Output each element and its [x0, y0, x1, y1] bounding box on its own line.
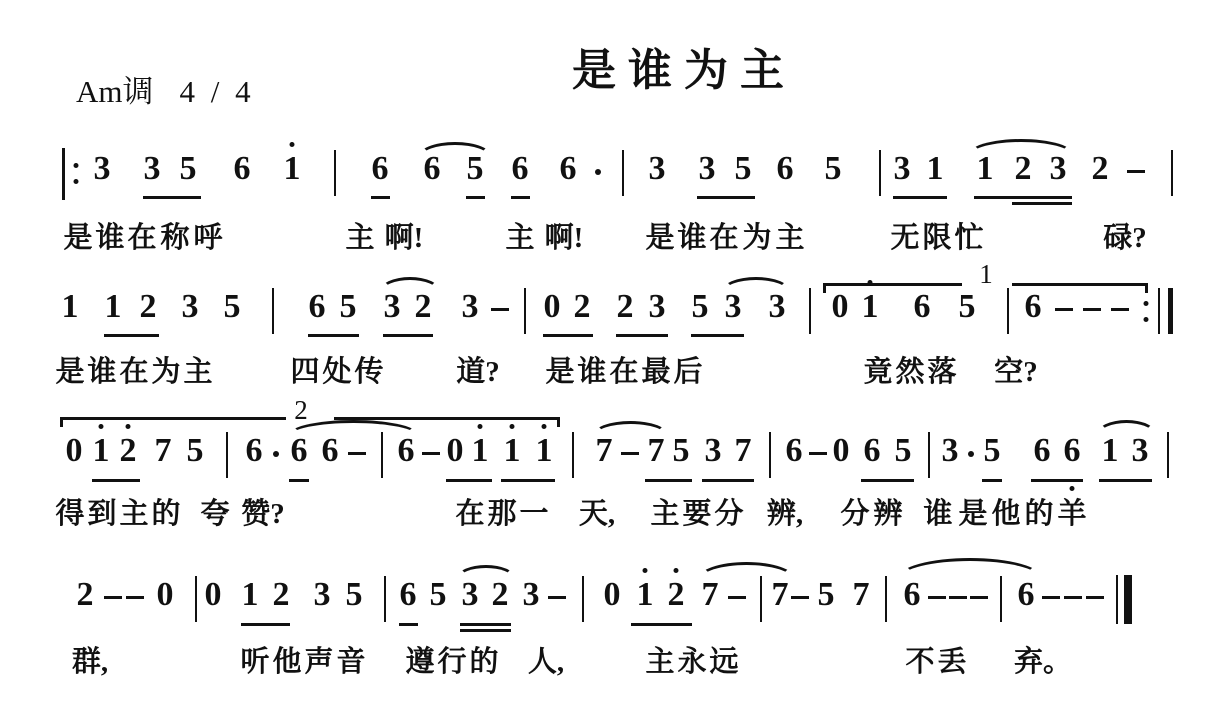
- note: 5: [895, 434, 912, 468]
- note: 5: [735, 152, 752, 186]
- slur-arc: [1097, 420, 1156, 434]
- lyric-syllable: 是: [55, 358, 84, 387]
- augmentation-dot: [968, 451, 974, 457]
- key-signature: Am调: [76, 74, 154, 109]
- note: 0: [205, 578, 222, 612]
- lyric-syllable: 后: [673, 358, 702, 387]
- lyric-syllable: 听: [240, 648, 269, 677]
- note: 6: [424, 152, 441, 186]
- repeat-dot: [1144, 301, 1149, 306]
- beam-underline: [460, 629, 511, 632]
- lyric-syllable: 啊!: [385, 224, 424, 253]
- volta-bracket-line: [1012, 283, 1148, 286]
- lyric-syllable: 谁: [923, 500, 952, 529]
- note: 3: [523, 578, 540, 612]
- note: 1: [105, 290, 122, 324]
- note: 0: [604, 578, 621, 612]
- beam-underline: [893, 196, 947, 199]
- beam-underline: [543, 334, 593, 337]
- note: 2: [1092, 152, 1109, 186]
- repeat-end-barline-thick: [1168, 288, 1173, 334]
- note: 3: [942, 434, 959, 468]
- octave-dot-above: [126, 424, 131, 429]
- note: 6: [512, 152, 529, 186]
- note: 2: [415, 290, 432, 324]
- octave-dot-above: [510, 424, 515, 429]
- lyric-syllable: 辨: [873, 500, 902, 529]
- lyric-syllable: 在: [709, 224, 738, 253]
- note: 3: [462, 578, 479, 612]
- note: 5: [224, 290, 241, 324]
- barline: [1000, 576, 1002, 622]
- note: 5: [467, 152, 484, 186]
- lyric-syllable: 呼: [193, 224, 222, 253]
- note: 3: [144, 152, 161, 186]
- note: 5: [825, 152, 842, 186]
- note: 5: [692, 290, 709, 324]
- note: 1: [927, 152, 944, 186]
- note: 7: [735, 434, 752, 468]
- barline: [582, 576, 584, 622]
- note: 1: [242, 578, 259, 612]
- barline: [334, 150, 336, 196]
- final-barline-thin: [1116, 575, 1118, 624]
- repeat-dot: [74, 163, 79, 168]
- duration-dash: [1127, 170, 1145, 173]
- note: 3: [725, 290, 742, 324]
- lyric-syllable: 为: [742, 224, 771, 253]
- slur-arc: [457, 565, 515, 578]
- octave-dot-above: [478, 424, 483, 429]
- slur-arc: [593, 421, 668, 435]
- note: 6: [234, 152, 251, 186]
- barline: [381, 432, 383, 478]
- lyric-syllable: 行: [437, 648, 466, 677]
- lyric-syllable: 的: [151, 500, 180, 529]
- lyric-syllable: 人,: [528, 648, 564, 677]
- lyric-syllable: 弃。: [1014, 648, 1072, 677]
- barline: [524, 288, 526, 334]
- note: 5: [984, 434, 1001, 468]
- note: 2: [617, 290, 634, 324]
- note: 3: [649, 152, 666, 186]
- song-title: 是谁为主: [572, 34, 796, 98]
- note: 0: [66, 434, 83, 468]
- duration-dash: [1064, 596, 1082, 599]
- note: 0: [447, 434, 464, 468]
- note: 2: [120, 434, 137, 468]
- augmentation-dot: [273, 451, 279, 457]
- lyric-syllable: 是: [63, 224, 92, 253]
- barline: [1007, 288, 1009, 334]
- note: 1: [977, 152, 994, 186]
- lyric-syllable: 在: [455, 500, 484, 529]
- beam-underline: [446, 479, 492, 482]
- note: 2: [273, 578, 290, 612]
- note: 6: [309, 290, 326, 324]
- lyric-syllable: 辨,: [767, 500, 803, 529]
- volta-bracket-hook: [557, 417, 560, 427]
- note: 6: [1025, 290, 1042, 324]
- barline: [195, 576, 197, 622]
- lyric-syllable: 分: [840, 500, 869, 529]
- note: 1: [284, 152, 301, 186]
- note: 3: [384, 290, 401, 324]
- note: 3: [1132, 434, 1149, 468]
- duration-dash: [728, 596, 746, 599]
- note: 3: [462, 290, 479, 324]
- note: 3: [649, 290, 666, 324]
- note: 1: [93, 434, 110, 468]
- lyric-syllable: 音: [336, 648, 365, 677]
- lyric-syllable: 永: [677, 648, 706, 677]
- barline: [769, 432, 771, 478]
- lyric-syllable: 啊!: [545, 224, 584, 253]
- note: 0: [832, 290, 849, 324]
- lyric-syllable: 主: [119, 500, 148, 529]
- beam-underline: [1099, 479, 1152, 482]
- lyric-syllable: 谁: [95, 224, 124, 253]
- key-time-signature: Am调4 / 4: [76, 66, 255, 111]
- octave-dot-above: [99, 424, 104, 429]
- note: 6: [372, 152, 389, 186]
- lyric-syllable: 主: [645, 648, 674, 677]
- duration-dash: [1111, 308, 1129, 311]
- lyric-syllable: 的: [469, 648, 498, 677]
- note: 0: [544, 290, 561, 324]
- note: 3: [894, 152, 911, 186]
- barline: [928, 432, 930, 478]
- note: 6: [864, 434, 881, 468]
- lyric-syllable: 称: [160, 224, 189, 253]
- volta-bracket-hook: [823, 283, 826, 293]
- note: 7: [772, 578, 789, 612]
- note: 5: [430, 578, 447, 612]
- lyric-syllable: 群,: [72, 648, 108, 677]
- lyric-syllable: 是: [545, 358, 574, 387]
- note: 7: [853, 578, 870, 612]
- note: 0: [833, 434, 850, 468]
- lyric-syllable: 在: [609, 358, 638, 387]
- lyric-syllable: 然: [895, 358, 924, 387]
- lyric-syllable: 声: [304, 648, 333, 677]
- note: 1: [62, 290, 79, 324]
- duration-dash: [104, 596, 122, 599]
- beam-underline: [308, 334, 359, 337]
- note: 5: [340, 290, 357, 324]
- lyric-syllable: 忙: [954, 224, 983, 253]
- beam-underline: [460, 623, 511, 626]
- beam-underline: [241, 623, 290, 626]
- volta-bracket-hook: [60, 417, 63, 427]
- lyric-syllable: 一: [519, 500, 548, 529]
- note: 2: [77, 578, 94, 612]
- barline: [1171, 150, 1173, 196]
- duration-dash: [126, 596, 144, 599]
- note: 1: [472, 434, 489, 468]
- note: 6: [322, 434, 339, 468]
- beam-underline: [631, 623, 692, 626]
- lyric-syllable: 在: [127, 224, 156, 253]
- lyric-syllable: 最: [641, 358, 670, 387]
- lyric-syllable: 那: [487, 500, 516, 529]
- note: 3: [314, 578, 331, 612]
- duration-dash: [1055, 308, 1073, 311]
- lyric-syllable: 限: [922, 224, 951, 253]
- beam-underline: [466, 196, 485, 199]
- note: 6: [1034, 434, 1051, 468]
- beam-underline: [1012, 202, 1072, 205]
- barline: [272, 288, 274, 334]
- lyric-syllable: 他: [272, 648, 301, 677]
- note: 2: [574, 290, 591, 324]
- beam-underline: [383, 334, 433, 337]
- augmentation-dot: [595, 169, 601, 175]
- lyric-syllable: 遵: [405, 648, 434, 677]
- note: 6: [777, 152, 794, 186]
- note: 5: [180, 152, 197, 186]
- slur-arc: [380, 277, 440, 291]
- beam-underline: [501, 479, 555, 482]
- lyric-syllable: 主: [345, 224, 374, 253]
- duration-dash: [949, 596, 967, 599]
- volta-bracket-line: [60, 417, 286, 420]
- slur-arc: [722, 277, 790, 291]
- duration-dash: [1083, 308, 1101, 311]
- note: 6: [914, 290, 931, 324]
- beam-underline: [616, 334, 668, 337]
- lyric-syllable: 谁: [87, 358, 116, 387]
- note: 3: [182, 290, 199, 324]
- note: 6: [398, 434, 415, 468]
- lyric-syllable: 不: [905, 648, 934, 677]
- slur-arc: [968, 139, 1074, 155]
- beam-underline: [371, 196, 390, 199]
- duration-dash: [791, 596, 809, 599]
- note: 6: [291, 434, 308, 468]
- slur-arc: [898, 558, 1042, 578]
- volta-bracket-line: [334, 417, 560, 420]
- volta-bracket-line: [823, 283, 962, 286]
- note: 3: [1050, 152, 1067, 186]
- duration-dash: [1042, 596, 1060, 599]
- note: 1: [1102, 434, 1119, 468]
- note: 2: [140, 290, 157, 324]
- duration-dash: [491, 308, 509, 311]
- note: 1: [637, 578, 654, 612]
- note: 5: [959, 290, 976, 324]
- note: 7: [596, 434, 613, 468]
- barline: [885, 576, 887, 622]
- beam-underline: [691, 334, 744, 337]
- lyric-syllable: 在: [119, 358, 148, 387]
- volta-number: 1: [979, 261, 993, 288]
- note: 6: [904, 578, 921, 612]
- beam-underline: [399, 623, 418, 626]
- note: 5: [818, 578, 835, 612]
- note: 2: [1015, 152, 1032, 186]
- duration-dash: [548, 596, 566, 599]
- lyric-syllable: 主: [183, 358, 212, 387]
- volta-bracket-hook: [1145, 283, 1148, 293]
- barline: [622, 150, 624, 196]
- time-signature: 4 / 4: [180, 74, 255, 109]
- note: 2: [492, 578, 509, 612]
- lyric-syllable: 碌?: [1103, 224, 1147, 253]
- note: 1: [862, 290, 879, 324]
- barline: [760, 576, 762, 622]
- lyric-syllable: 处: [322, 358, 351, 387]
- lyric-syllable: 谁: [677, 224, 706, 253]
- lyric-syllable: 要: [682, 500, 711, 529]
- note: 1: [536, 434, 553, 468]
- octave-dot-below: [1070, 486, 1075, 491]
- slur-arc: [698, 562, 795, 579]
- note: 6: [1018, 578, 1035, 612]
- repeat-dot: [1144, 317, 1149, 322]
- repeat-end-barline: [1158, 288, 1160, 334]
- repeat-dot: [74, 179, 79, 184]
- beam-underline: [702, 479, 754, 482]
- note: 5: [346, 578, 363, 612]
- lyric-syllable: 谁: [577, 358, 606, 387]
- beam-underline: [143, 196, 201, 199]
- note: 7: [155, 434, 172, 468]
- barline: [226, 432, 228, 478]
- lyric-syllable: 天,: [579, 500, 615, 529]
- lyric-syllable: 落: [927, 358, 956, 387]
- lyric-syllable: 他: [991, 500, 1020, 529]
- beam-underline: [645, 479, 692, 482]
- duration-dash: [348, 452, 366, 455]
- note: 6: [400, 578, 417, 612]
- beam-underline: [92, 479, 140, 482]
- barline: [1167, 432, 1169, 478]
- barline: [384, 576, 386, 622]
- lyric-syllable: 得: [55, 500, 84, 529]
- lyric-syllable: 是: [645, 224, 674, 253]
- octave-dot-above: [542, 424, 547, 429]
- note: 3: [769, 290, 786, 324]
- note: 6: [1064, 434, 1081, 468]
- note: 5: [187, 434, 204, 468]
- lyric-syllable: 夸: [200, 500, 229, 529]
- lyric-syllable: 羊: [1057, 500, 1086, 529]
- duration-dash: [928, 596, 946, 599]
- lyric-syllable: 赞?: [241, 500, 285, 529]
- volta-number: 2: [294, 397, 308, 424]
- barline: [572, 432, 574, 478]
- duration-dash: [809, 452, 827, 455]
- lyric-syllable: 丢: [937, 648, 966, 677]
- lyric-syllable: 为: [151, 358, 180, 387]
- lyric-syllable: 传: [354, 358, 383, 387]
- note: 7: [702, 578, 719, 612]
- lyric-syllable: 竟: [863, 358, 892, 387]
- sheet-music-page: 是谁为主 Am调4 / 4 335616656633565311232是谁在称呼…: [0, 0, 1219, 713]
- lyric-syllable: 道?: [456, 358, 500, 387]
- lyric-syllable: 无: [890, 224, 919, 253]
- duration-dash: [422, 452, 440, 455]
- note: 7: [648, 434, 665, 468]
- lyric-syllable: 远: [709, 648, 738, 677]
- octave-dot-above: [643, 568, 648, 573]
- note: 6: [560, 152, 577, 186]
- lyric-syllable: 分: [714, 500, 743, 529]
- note: 3: [94, 152, 111, 186]
- final-barline-thick: [1124, 575, 1132, 624]
- barline: [809, 288, 811, 334]
- note: 3: [699, 152, 716, 186]
- octave-dot-above: [290, 142, 295, 147]
- note: 6: [786, 434, 803, 468]
- lyric-syllable: 主: [775, 224, 804, 253]
- beam-underline: [974, 196, 1072, 199]
- beam-underline: [697, 196, 755, 199]
- barline: [879, 150, 881, 196]
- slur-arc: [418, 142, 492, 157]
- lyric-syllable: 空?: [994, 358, 1038, 387]
- lyric-syllable: 四: [290, 358, 319, 387]
- duration-dash: [970, 596, 988, 599]
- note: 6: [246, 434, 263, 468]
- duration-dash: [621, 452, 639, 455]
- note: 0: [157, 578, 174, 612]
- lyric-syllable: 的: [1024, 500, 1053, 529]
- lyric-syllable: 主: [650, 500, 679, 529]
- beam-underline: [289, 479, 309, 482]
- beam-underline: [511, 196, 530, 199]
- note: 1: [504, 434, 521, 468]
- note: 5: [673, 434, 690, 468]
- lyric-syllable: 是: [958, 500, 987, 529]
- note: 3: [705, 434, 722, 468]
- duration-dash: [1086, 596, 1104, 599]
- octave-dot-above: [674, 568, 679, 573]
- lyric-syllable: 主: [505, 224, 534, 253]
- beam-underline: [982, 479, 1002, 482]
- beam-underline: [861, 479, 914, 482]
- beam-underline: [104, 334, 159, 337]
- beam-underline: [1031, 479, 1083, 482]
- note: 2: [668, 578, 685, 612]
- lyric-syllable: 到: [87, 500, 116, 529]
- repeat-start-barline: [62, 148, 65, 200]
